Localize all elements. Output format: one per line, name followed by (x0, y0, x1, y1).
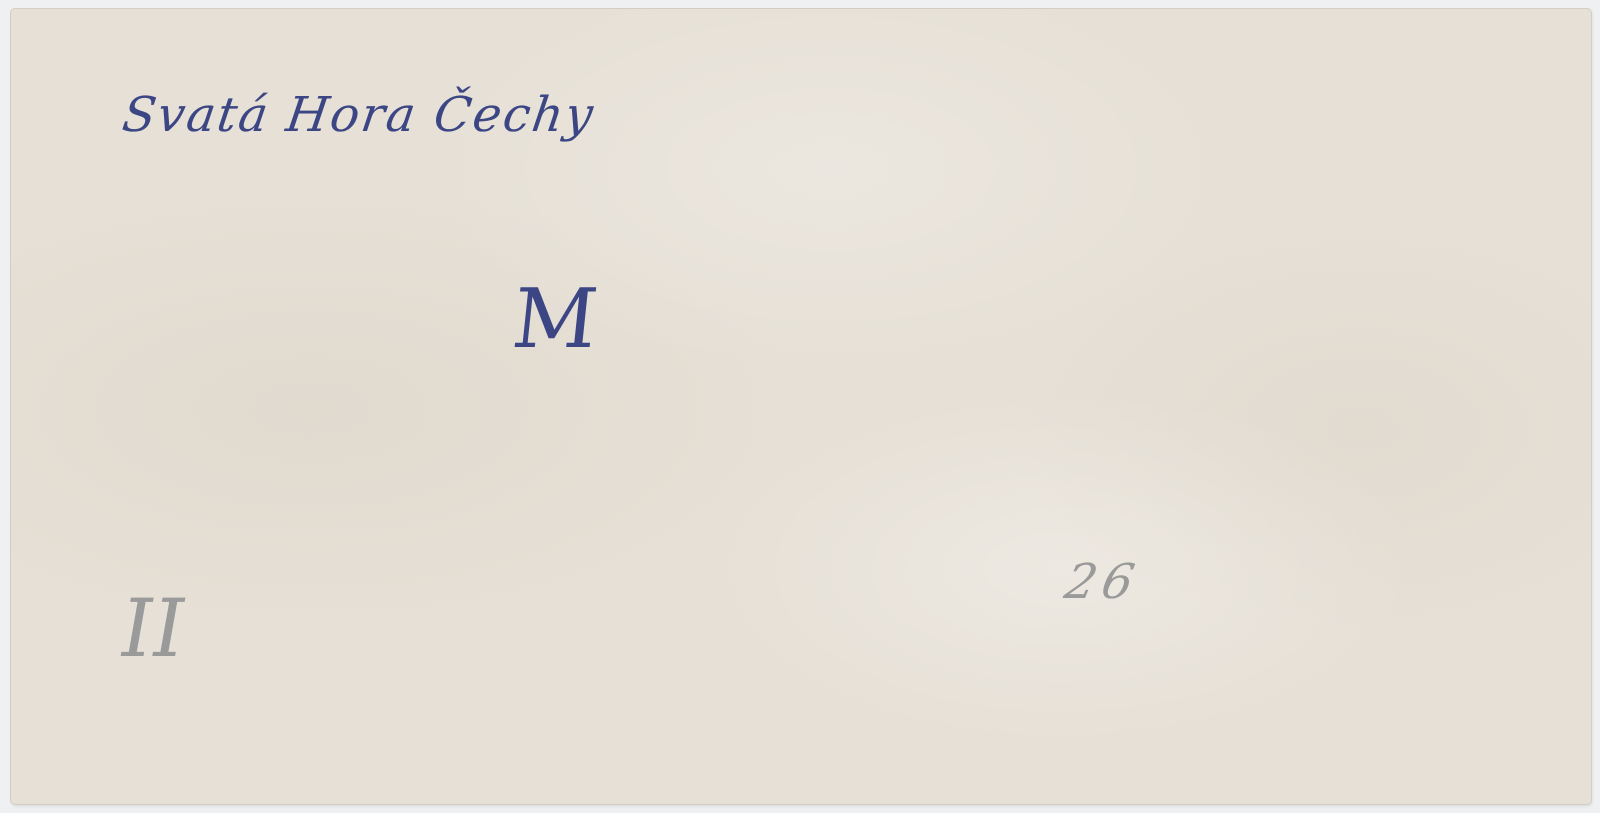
handwritten-monogram: M (509, 279, 602, 361)
handwritten-inscription: Svatá Hora Čechy (119, 87, 598, 143)
pencil-roman-numeral: II (114, 589, 191, 669)
pencil-number: 26 (1060, 554, 1145, 610)
card-back: Svatá Hora Čechy M II 26 (11, 9, 1591, 804)
